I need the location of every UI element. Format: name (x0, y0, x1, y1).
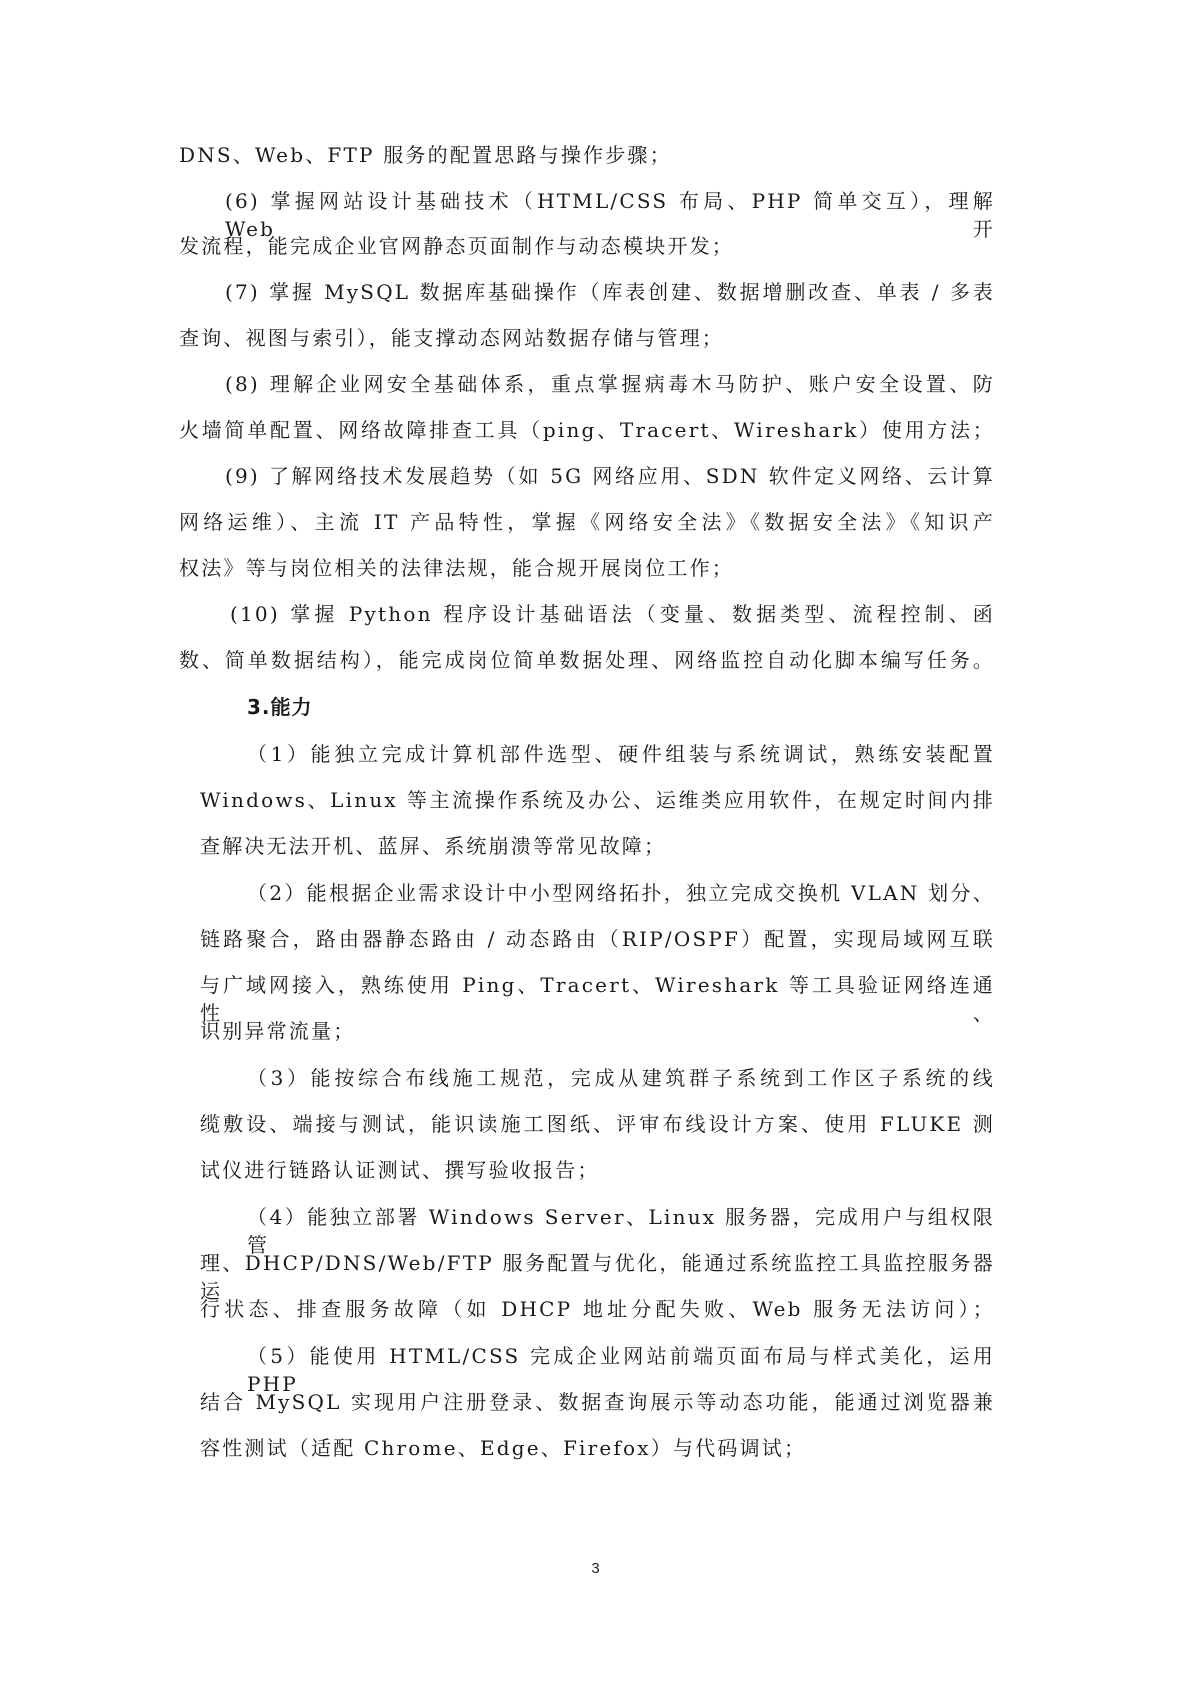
ability-text-line: （1）能独立完成计算机部件选型、硬件组装与系统调试，熟练安装配置 (247, 740, 995, 768)
ability-text-line: 行状态、排查服务故障（如 DHCP 地址分配失败、Web 服务无法访问）； (200, 1295, 995, 1323)
knowledge-text-line: (9) 了解网络技术发展趋势（如 5G 网络应用、SDN 软件定义网络、云计算 (225, 462, 995, 490)
document-page: DNS、Web、FTP 服务的配置思路与操作步骤；(6) 掌握网站设计基础技术（… (0, 0, 1191, 1684)
knowledge-text-line: (8) 理解企业网安全基础体系，重点掌握病毒木马防护、账户安全设置、防 (225, 370, 995, 398)
knowledge-text-line: DNS、Web、FTP 服务的配置思路与操作步骤； (179, 141, 672, 169)
section-heading-ability: 3.能力 (247, 693, 313, 721)
knowledge-text-line: (10) 掌握 Python 程序设计基础语法（变量、数据类型、流程控制、函 (230, 600, 995, 628)
ability-text-line: 查解决无法开机、蓝屏、系统崩溃等常见故障； (200, 832, 666, 860)
knowledge-text-line: 火墙简单配置、网络故障排查工具（ping、Tracert、Wireshark）使… (179, 416, 995, 444)
knowledge-text-line: 权法》等与岗位相关的法律法规，能合规开展岗位工作； (179, 554, 734, 582)
knowledge-text-line: (7) 掌握 MySQL 数据库基础操作（库表创建、数据增删改查、单表 / 多表 (225, 278, 995, 306)
knowledge-text-line: 查询、视图与索引），能支撑动态网站数据存储与管理； (179, 324, 724, 352)
knowledge-text-line: 数、简单数据结构），能完成岗位简单数据处理、网络监控自动化脚本编写任务。 (179, 646, 995, 674)
ability-text-line: （2）能根据企业需求设计中小型网络拓扑，独立完成交换机 VLAN 划分、 (247, 879, 995, 907)
ability-text-line: 识别异常流量； (200, 1017, 355, 1045)
ability-text-line: 容性测试（适配 Chrome、Edge、Firefox）与代码调试； (200, 1434, 806, 1462)
ability-text-line: 结合 MySQL 实现用户注册登录、数据查询展示等动态功能，能通过浏览器兼 (200, 1388, 995, 1416)
page-number: 3 (0, 1560, 1191, 1577)
ability-text-line: 试仪进行链路认证测试、撰写验收报告； (200, 1156, 600, 1184)
ability-text-line: 缆敷设、端接与测试，能识读施工图纸、评审布线设计方案、使用 FLUKE 测 (200, 1110, 995, 1138)
ability-text-line: （3）能按综合布线施工规范，完成从建筑群子系统到工作区子系统的线 (247, 1064, 995, 1092)
knowledge-text-line: 网络运维）、主流 IT 产品特性，掌握《网络安全法》《数据安全法》《知识产 (179, 508, 995, 536)
ability-text-line: Windows、Linux 等主流操作系统及办公、运维类应用软件，在规定时间内排 (200, 786, 995, 814)
knowledge-text-line: 发流程，能完成企业官网静态页面制作与动态模块开发； (179, 232, 734, 260)
ability-text-line: 链路聚合，路由器静态路由 / 动态路由（RIP/OSPF）配置，实现局域网互联 (200, 925, 995, 953)
